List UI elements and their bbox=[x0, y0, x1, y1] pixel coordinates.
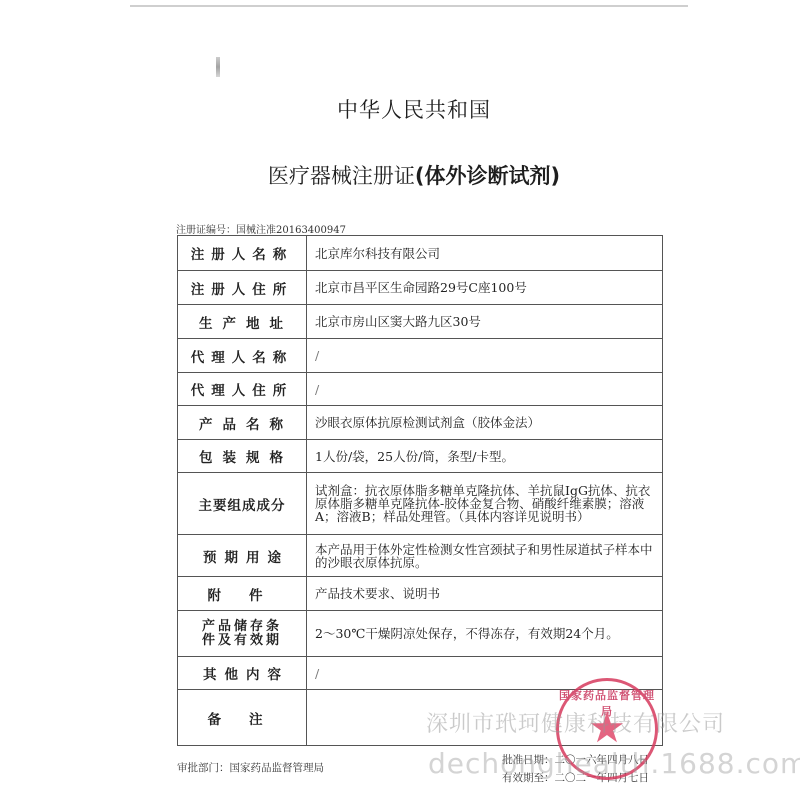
certificate-title: 医疗器械注册证(体外诊断试剂) bbox=[0, 160, 800, 190]
row-label: 注册人住所 bbox=[178, 271, 307, 305]
row-label-line2: 件及有效期 bbox=[178, 634, 306, 648]
table-row: 主要组成成分 试剂盒：抗衣原体脂多糖单克隆抗体、羊抗鼠IgG抗体、抗衣原体脂多糖… bbox=[178, 473, 663, 535]
row-value: 北京市房山区窦大路九区30号 bbox=[307, 305, 663, 339]
table-row: 预期用途 本产品用于体外定性检测女性宫颈拭子和男性尿道拭子样本中的沙眼衣原体抗原… bbox=[178, 535, 663, 577]
table-row: 包装规格 1人份/袋，25人份/筒，条型/卡型。 bbox=[178, 440, 663, 473]
registration-number: 注册证编号：国械注准20163400947 bbox=[176, 221, 346, 236]
row-value: 产品技术要求、说明书 bbox=[307, 577, 663, 611]
country-title: 中华人民共和国 bbox=[0, 94, 800, 124]
row-label: 注册人名称 bbox=[178, 236, 307, 271]
table-row: 代理人住所 / bbox=[178, 373, 663, 406]
row-label: 预期用途 bbox=[178, 535, 307, 577]
row-value: 北京库尔科技有限公司 bbox=[307, 236, 663, 271]
row-value: 沙眼衣原体抗原检测试剂盒（胶体金法） bbox=[307, 406, 663, 440]
table-row: 注册人住所 北京市昌平区生命园路29号C座100号 bbox=[178, 271, 663, 305]
row-value: 北京市昌平区生命园路29号C座100号 bbox=[307, 271, 663, 305]
certificate-title-main: 医疗器械注册证 bbox=[268, 164, 415, 188]
scan-artifact bbox=[216, 57, 220, 77]
row-label: 包装规格 bbox=[178, 440, 307, 473]
table-row: 注册人名称 北京库尔科技有限公司 bbox=[178, 236, 663, 271]
row-value: 试剂盒：抗衣原体脂多糖单克隆抗体、羊抗鼠IgG抗体、抗衣原体脂多糖单克隆抗体-胶… bbox=[307, 473, 663, 535]
table-row: 生产地址 北京市房山区窦大路九区30号 bbox=[178, 305, 663, 339]
row-value: 1人份/袋，25人份/筒，条型/卡型。 bbox=[307, 440, 663, 473]
table-row: 附件 产品技术要求、说明书 bbox=[178, 577, 663, 611]
row-label: 产品名称 bbox=[178, 406, 307, 440]
table-row: 产品名称 沙眼衣原体抗原检测试剂盒（胶体金法） bbox=[178, 406, 663, 440]
watermark-url: dechonghealth.1688.com bbox=[428, 747, 800, 780]
page-top-edge bbox=[130, 5, 688, 7]
table-row: 代理人名称 / bbox=[178, 339, 663, 373]
row-label: 备注 bbox=[178, 690, 307, 746]
row-label: 代理人名称 bbox=[178, 339, 307, 373]
row-label: 其他内容 bbox=[178, 657, 307, 690]
row-label: 主要组成成分 bbox=[178, 473, 307, 535]
row-label: 生产地址 bbox=[178, 305, 307, 339]
certificate-title-paren: (体外诊断试剂) bbox=[415, 164, 560, 188]
row-value: 2～30℃干燥阴凉处保存，不得冻存，有效期24个月。 bbox=[307, 611, 663, 657]
row-label-line1: 产品储存条 bbox=[178, 620, 306, 634]
table-row: 产品储存条 件及有效期 2～30℃干燥阴凉处保存，不得冻存，有效期24个月。 bbox=[178, 611, 663, 657]
row-value: / bbox=[307, 339, 663, 373]
row-value: 本产品用于体外定性检测女性宫颈拭子和男性尿道拭子样本中的沙眼衣原体抗原。 bbox=[307, 535, 663, 577]
row-label: 附件 bbox=[178, 577, 307, 611]
watermark-company: 深圳市玳珂健康科技有限公司 bbox=[426, 707, 725, 738]
certificate-table: 注册人名称 北京库尔科技有限公司 注册人住所 北京市昌平区生命园路29号C座10… bbox=[177, 235, 663, 746]
row-value: / bbox=[307, 373, 663, 406]
approval-department: 审批部门：国家药品监督管理局 bbox=[177, 760, 324, 775]
row-label: 产品储存条 件及有效期 bbox=[178, 611, 307, 657]
row-label: 代理人住所 bbox=[178, 373, 307, 406]
